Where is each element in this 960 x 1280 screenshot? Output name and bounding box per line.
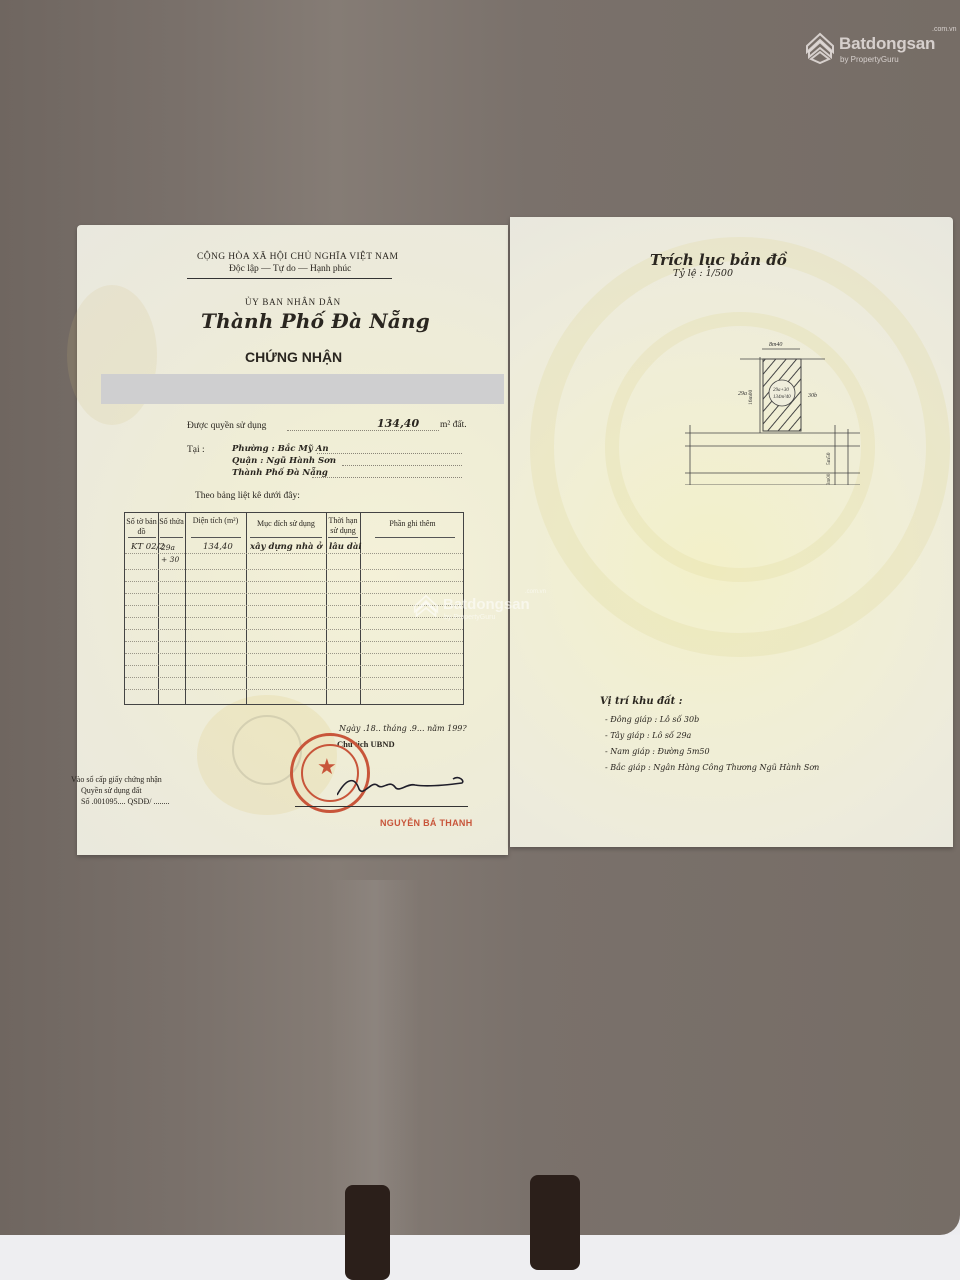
bound-west: - Tây giáp : Lô số 29a bbox=[605, 731, 691, 740]
map-parcel-label: 29a+30 bbox=[773, 388, 789, 393]
header-purpose: Mục đích sử dụng bbox=[246, 519, 326, 529]
watermark-center: Batdongsan .com.vn by PropertyGuru bbox=[413, 592, 573, 632]
watermark-brand: Batdongsan bbox=[839, 34, 935, 54]
location-label: Tại : bbox=[187, 445, 205, 455]
usage-label: Được quyền sử dụng bbox=[187, 421, 266, 431]
signer-name: NGUYỄN BÁ THANH bbox=[380, 818, 473, 828]
fill-line bbox=[312, 477, 462, 478]
fill-line bbox=[342, 465, 462, 466]
header-area: Diện tích (m²) bbox=[185, 516, 246, 526]
signature-line bbox=[295, 806, 468, 807]
cell-parcel: 29a + 30 bbox=[161, 542, 183, 566]
list-intro: Theo bảng liệt kê dưới đây: bbox=[195, 491, 300, 501]
map-scale: Tỷ lệ : 1/500 bbox=[673, 268, 733, 279]
issue-date: Ngày .18.. tháng .9... năm 199? bbox=[339, 724, 467, 733]
redacted-holder-name bbox=[101, 374, 504, 404]
fill-line bbox=[317, 453, 462, 454]
certificate-right-page: Trích lục bản đồ Tỷ lệ : 1/500 8m40 29a+… bbox=[510, 217, 953, 847]
map-parcel-area: 134m²40 bbox=[773, 394, 791, 400]
cell-map-sheet: KT 02/2 bbox=[131, 542, 165, 552]
batdongsan-logo-icon bbox=[805, 32, 835, 64]
area-value: 134,40 bbox=[377, 417, 419, 430]
district-line: Quận : Ngũ Hành Sơn bbox=[232, 456, 336, 466]
city-name: Thành Phố Đà Nẵng bbox=[201, 309, 430, 333]
map-width-label: 8m40 bbox=[769, 341, 782, 348]
registry-number: Số .001095.... QSDĐ/ ........ bbox=[81, 797, 169, 806]
watermark-tld: .com.vn bbox=[932, 26, 957, 33]
registry-line1: Vào sổ cấp giấy chứng nhận bbox=[71, 775, 162, 784]
watermark-byline: by PropertyGuru bbox=[840, 55, 899, 64]
authority-label: ỦY BAN NHÂN DÂN bbox=[245, 297, 341, 307]
certificate-left-page: CỘNG HÒA XÃ HỘI CHỦ NGHĨA VIỆT NAM Độc l… bbox=[77, 225, 508, 855]
header-parcel: Số thửa bbox=[158, 517, 185, 527]
person-leg-left bbox=[345, 1185, 390, 1280]
area-unit: m² đất. bbox=[440, 420, 467, 430]
map-depth-label: 16m00 bbox=[748, 389, 754, 405]
cell-purpose: xây dựng nhà ở bbox=[250, 542, 322, 552]
land-certificate-booklet: CỘNG HÒA XÃ HỘI CHỦ NGHĨA VIỆT NAM Độc l… bbox=[77, 225, 953, 855]
certificate-title: CHỨNG NHẬN bbox=[245, 349, 342, 365]
cell-term: lâu dài bbox=[329, 542, 362, 552]
header-notes: Phần ghi thêm bbox=[360, 519, 465, 529]
bound-north: - Bắc giáp : Ngân Hàng Công Thương Ngũ H… bbox=[605, 763, 819, 772]
motto: Độc lập — Tự do — Hạnh phúc bbox=[229, 264, 351, 274]
bound-south: - Nam giáp : Đường 5m50 bbox=[605, 747, 710, 756]
tiled-floor bbox=[0, 1235, 960, 1280]
location-title: Vị trí khu đất : bbox=[600, 696, 682, 707]
map-west-lot: 29a bbox=[738, 391, 747, 397]
header-term: Thời hạn sử dụng bbox=[326, 516, 360, 535]
signature bbox=[337, 771, 467, 801]
watermark-tld: .com.vn bbox=[525, 589, 546, 595]
registry-line2: Quyền sử dụng đất bbox=[81, 786, 142, 795]
bound-east: - Đông giáp : Lô số 30b bbox=[605, 715, 699, 724]
cell-area: 134,40 bbox=[203, 542, 233, 552]
person-leg-right bbox=[530, 1175, 580, 1270]
header-map-sheet: Số tờ bản đồ bbox=[125, 517, 158, 536]
paper-stain bbox=[67, 285, 157, 425]
republic-header: CỘNG HÒA XÃ HỘI CHỦ NGHĨA VIỆT NAM bbox=[197, 252, 398, 262]
cadastral-map: 8m40 29a+30 134m²40 16m00 29a 30b 5m50 3… bbox=[670, 335, 860, 485]
map-road-width: 5m50 bbox=[826, 452, 832, 465]
watermark-brand: Batdongsan bbox=[443, 596, 530, 613]
star-emblem-icon: ★ bbox=[317, 754, 337, 780]
header-divider bbox=[187, 278, 392, 279]
fill-line bbox=[287, 430, 439, 431]
batdongsan-logo-icon bbox=[413, 594, 439, 622]
watermark-top-right: .com.vn Batdongsan by PropertyGuru bbox=[805, 30, 955, 70]
map-sidewalk: 3m00 bbox=[827, 473, 832, 485]
ward-line: Phường : Bắc Mỹ An bbox=[232, 444, 329, 454]
watermark-byline: by PropertyGuru bbox=[444, 614, 495, 621]
map-extract-title: Trích lục bản đồ bbox=[650, 251, 787, 269]
map-east-lot: 30b bbox=[807, 393, 817, 399]
